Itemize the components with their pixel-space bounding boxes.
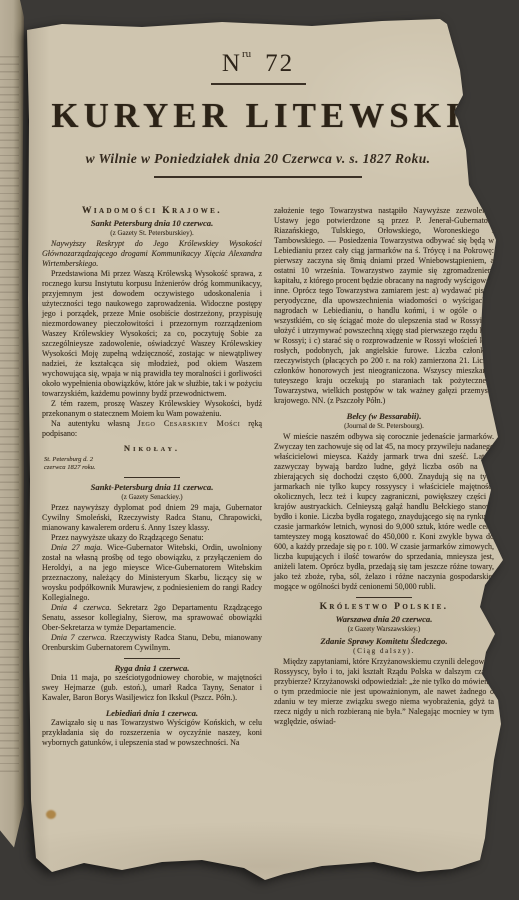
issue-prefix: N (222, 50, 242, 77)
columns: Wiadomości Krajowe. Sankt Petersburg dni… (42, 206, 494, 748)
dateline-belcy: Bełcy (w Bessarabii). (274, 411, 494, 421)
rescript-body: Przedstawiona Mi przez Waszą Królewską W… (42, 269, 262, 399)
dateline-lebiedian: Lebiediań dnia 1 czerwca. (42, 708, 262, 718)
source-note-warsaw-gazette: (z Gazety Warszawskiey.) (274, 624, 494, 634)
rescript-closing: Z tém razem, proszę Waszey Królewskiey W… (42, 399, 262, 419)
entry-date-label: Dnia 27 maja. (51, 543, 102, 552)
scanned-newspaper-page: Nru72 KURYER LITEWSKI w Wilnie w Poniedz… (0, 0, 519, 900)
newspaper-sheet: Nru72 KURYER LITEWSKI w Wilnie w Poniedz… (22, 0, 519, 900)
section-heading-domestic-news: Wiadomości Krajowe. (42, 206, 262, 216)
signature-place: St. Petersburg d. 2 (44, 456, 262, 464)
source-note-petersburg-gazette: (z Gazety St. Petersburskiey). (42, 228, 262, 238)
source-note-journal-petersbourg: (Journal de St. Petersbourg). (274, 421, 494, 431)
issue-value: 72 (265, 50, 294, 77)
entry-may-27: Dnia 27 maja. Wice-Gubernator Witebski, … (42, 543, 262, 603)
belcy-paragraph: W mieście naszém odbywa się corocznie je… (274, 432, 494, 592)
section-divider (124, 477, 180, 478)
entry-june-7: Dnia 7 czerwca. Rzeczywisty Radca Stanu,… (42, 633, 262, 653)
section-heading-kingdom-of-poland: Królestwo Polskie. (274, 602, 494, 612)
issue-superscript: ru (242, 48, 251, 60)
rule-under-dateline (154, 176, 362, 178)
entry-june-4: Dnia 4 czerwca. Sekretarz 2go Departamen… (42, 603, 262, 633)
diploma-paragraph: Przez naywyższy dyplomat pod dniem 29 ma… (42, 503, 262, 533)
dateline-riga: Ryga dnia 1 czerwca. (42, 663, 262, 673)
source-note-senate-gazette: (z Gazety Senackiey.) (42, 492, 262, 502)
section-divider (356, 597, 412, 598)
lebiedian-paragraph: Zawiązało się u nas Towarzystwo Wyścigów… (42, 718, 262, 748)
rescript-title: Naywyższy Reskrypt do Jego Królewskiey W… (42, 239, 262, 269)
dateline-petersburg-11: Sankt-Petersburg dnia 11 czerwca. (42, 482, 262, 492)
riga-paragraph: Dnia 11 maja, po sześciotygodniowey chor… (42, 673, 262, 703)
signature-date: czerwca 1827 roku. (44, 464, 262, 472)
entry-date-label: Dnia 7 czerwca. (51, 633, 106, 642)
entry-date-label: Dnia 4 czerwca. (51, 603, 111, 612)
interrogation-paragraph: Między zapytaniami, które Krzyżanowskiem… (274, 657, 494, 727)
masthead-dateline: w Wilnie w Poniedziałek dnia 20 Czerwca … (32, 151, 484, 167)
paper-surface: Nru72 KURYER LITEWSKI w Wilnie w Poniedz… (22, 0, 508, 884)
rule-under-issue (211, 83, 306, 85)
signature-note: Na autentyku własną Jego Cesarskiey Mośc… (42, 419, 262, 439)
signature-nikolay: Nikołay. (42, 443, 262, 453)
paper-stain (46, 810, 56, 819)
ukazy-intro: Przez naywyższe ukazy do Rządzącego Sena… (42, 533, 262, 543)
signature-note-pre: Na autentyku własną (51, 419, 138, 428)
page-content: Nru72 KURYER LITEWSKI w Wilnie w Poniedz… (32, 0, 484, 178)
committee-report-title: Zdanie Sprawy Komitetu Śledczego. (274, 636, 494, 646)
left-column: Wiadomości Krajowe. Sankt Petersburg dni… (42, 206, 262, 748)
continuation-note: (Ciąg dalszy). (274, 646, 494, 656)
section-divider (124, 658, 180, 659)
dateline-petersburg-10: Sankt Petersburg dnia 10 czerwca. (42, 218, 262, 228)
dateline-warsaw: Warszawa dnia 20 czerwca. (274, 614, 494, 624)
issue-number: Nru72 (32, 48, 484, 78)
newspaper-title: KURYER LITEWSKI (32, 96, 484, 136)
adjacent-page-edge (0, 0, 24, 856)
right-column: założenie tego Towarzystwa nastąpiło Nay… (274, 206, 494, 748)
society-paragraph: założenie tego Towarzystwa nastąpiło Nay… (274, 206, 494, 406)
imperial-majesty-smallcaps: Jego Cesarskiey Mości (138, 419, 241, 428)
